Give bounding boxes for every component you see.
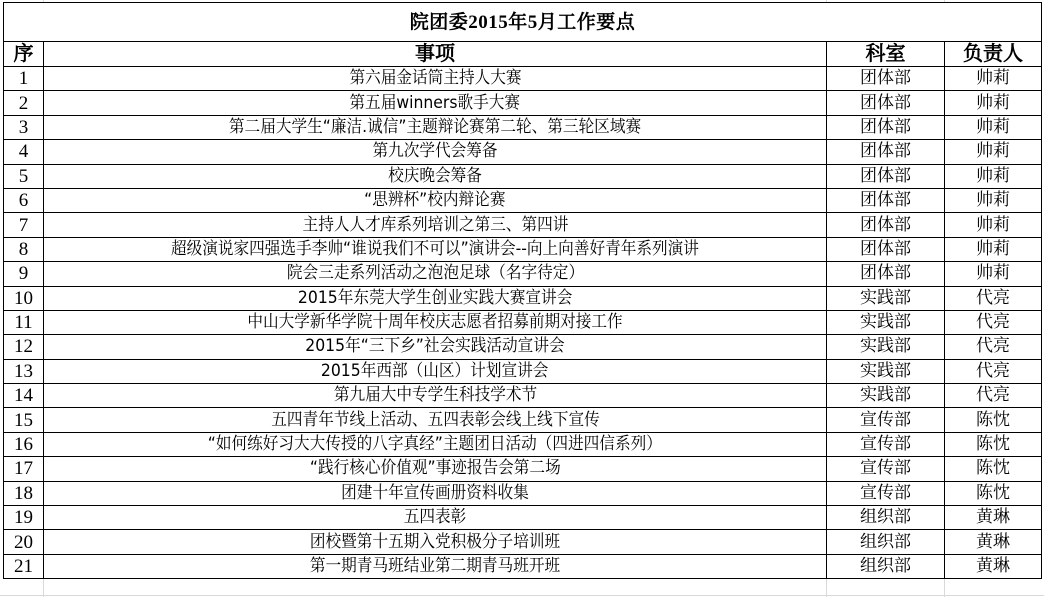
column-header-owner[interactable]: 负责人 <box>945 42 1042 67</box>
table-row: 18团建十年宣传画册资料收集宣传部陈忱 <box>4 481 1042 505</box>
cell-item[interactable]: 团校暨第十五期入党积极分子培训班 <box>44 530 827 554</box>
cell-item[interactable]: 中山大学新华学院十周年校庆志愿者招募前期对接工作 <box>44 310 827 334</box>
cell-item[interactable]: “思辨杯”校内辩论赛 <box>44 188 827 212</box>
cell-num[interactable]: 11 <box>4 310 44 334</box>
cell-num[interactable]: 16 <box>4 432 44 456</box>
cell-dept[interactable]: 团体部 <box>827 188 945 212</box>
table-row: 1第六届金话筒主持人大赛团体部帅莉 <box>4 67 1042 91</box>
cell-num[interactable]: 12 <box>4 335 44 359</box>
cell-dept[interactable]: 团体部 <box>827 164 945 188</box>
table-row: 11中山大学新华学院十周年校庆志愿者招募前期对接工作实践部代亮 <box>4 310 1042 334</box>
table-row: 14第九届大中专学生科技学术节实践部代亮 <box>4 384 1042 408</box>
table-row: 102015年东莞大学生创业实践大赛宣讲会实践部代亮 <box>4 286 1042 310</box>
cell-item[interactable]: 第一期青马班结业第二期青马班开班 <box>44 554 827 578</box>
cell-item-text: 校庆晚会筹备 <box>388 168 482 185</box>
sheet-title[interactable]: 院团委2015年5月工作要点 <box>4 3 1042 42</box>
table-row: 122015年“三下乡”社会实践活动宣讲会实践部代亮 <box>4 335 1042 359</box>
cell-num[interactable]: 18 <box>4 481 44 505</box>
cell-item-text: 2015年东莞大学生创业实践大赛宣讲会 <box>298 290 572 307</box>
cell-dept[interactable]: 组织部 <box>827 530 945 554</box>
cell-item-text: “思辨杯”校内辩论赛 <box>364 192 505 209</box>
cell-dept[interactable]: 团体部 <box>827 262 945 286</box>
table-row: 21第一期青马班结业第二期青马班开班组织部黄琳 <box>4 554 1042 578</box>
cell-item-text: 第五届winners歌手大赛 <box>350 95 521 112</box>
cell-item-text: “如何练好习大大传授的八字真经”主题团日活动（四进四信系列） <box>208 436 662 453</box>
table-row: 132015年西部（山区）计划宣讲会实践部代亮 <box>4 359 1042 383</box>
cell-owner[interactable]: 陈忱 <box>945 408 1042 432</box>
cell-owner[interactable]: 陈忱 <box>945 457 1042 481</box>
cell-num[interactable]: 4 <box>4 140 44 164</box>
cell-dept[interactable]: 实践部 <box>827 335 945 359</box>
cell-owner[interactable]: 帅莉 <box>945 164 1042 188</box>
cell-dept[interactable]: 实践部 <box>827 359 945 383</box>
cell-num[interactable]: 5 <box>4 164 44 188</box>
cell-num[interactable]: 19 <box>4 506 44 530</box>
cell-num[interactable]: 13 <box>4 359 44 383</box>
cell-item-text: 五四表彰 <box>404 509 467 526</box>
cell-owner[interactable]: 代亮 <box>945 335 1042 359</box>
cell-owner[interactable]: 帅莉 <box>945 115 1042 139</box>
cell-dept[interactable]: 宣传部 <box>827 457 945 481</box>
cell-owner[interactable]: 帅莉 <box>945 262 1042 286</box>
cell-owner[interactable]: 帅莉 <box>945 67 1042 91</box>
cell-item[interactable]: 第二届大学生“廉洁.诚信”主题辩论赛第二轮、第三轮区域赛 <box>44 115 827 139</box>
cell-owner[interactable]: 帅莉 <box>945 91 1042 115</box>
cell-item-text: 第九届大中专学生科技学术节 <box>333 387 536 404</box>
cell-owner[interactable]: 代亮 <box>945 359 1042 383</box>
cell-item[interactable]: “如何练好习大大传授的八字真经”主题团日活动（四进四信系列） <box>44 432 827 456</box>
header-row: 序 事项 科室 负责人 <box>4 42 1042 67</box>
cell-num[interactable]: 15 <box>4 408 44 432</box>
cell-dept[interactable]: 团体部 <box>827 67 945 91</box>
cell-dept[interactable]: 实践部 <box>827 384 945 408</box>
table-row: 7主持人人才库系列培训之第三、第四讲团体部帅莉 <box>4 213 1042 237</box>
cell-item-text: 院会三走系列活动之泡泡足球（名字待定） <box>286 265 583 282</box>
cell-dept[interactable]: 宣传部 <box>827 408 945 432</box>
column-header-num[interactable]: 序 <box>4 42 44 67</box>
cell-num[interactable]: 2 <box>4 91 44 115</box>
cell-owner[interactable]: 黄琳 <box>945 506 1042 530</box>
cell-owner[interactable]: 帅莉 <box>945 213 1042 237</box>
cell-item-text: 第六届金话筒主持人大赛 <box>349 70 521 87</box>
cell-num[interactable]: 21 <box>4 554 44 578</box>
cell-item-text: 团建十年宣传画册资料收集 <box>341 485 529 502</box>
cell-item-text: 五四青年节线上活动、五四表彰会线上线下宣传 <box>271 412 599 429</box>
cell-dept[interactable]: 团体部 <box>827 140 945 164</box>
cell-item-text: 超级演说家四强选手李帅“谁说我们不可以”演讲会--向上向善好青年系列演讲 <box>171 241 699 258</box>
cell-owner[interactable]: 代亮 <box>945 286 1042 310</box>
table-row: 15五四青年节线上活动、五四表彰会线上线下宣传宣传部陈忱 <box>4 408 1042 432</box>
cell-dept[interactable]: 团体部 <box>827 237 945 261</box>
cell-num[interactable]: 17 <box>4 457 44 481</box>
cell-dept[interactable]: 团体部 <box>827 91 945 115</box>
cell-item-text: 第一期青马班结业第二期青马班开班 <box>310 558 560 575</box>
cell-item[interactable]: 主持人人才库系列培训之第三、第四讲 <box>44 213 827 237</box>
cell-owner[interactable]: 帅莉 <box>945 140 1042 164</box>
cell-dept[interactable]: 组织部 <box>827 506 945 530</box>
cell-num[interactable]: 9 <box>4 262 44 286</box>
column-header-item[interactable]: 事项 <box>44 42 827 67</box>
cell-num[interactable]: 8 <box>4 237 44 261</box>
cell-dept[interactable]: 实践部 <box>827 286 945 310</box>
cell-item-text: 团校暨第十五期入党积极分子培训班 <box>310 534 560 551</box>
sheet-gridline <box>0 595 1044 596</box>
cell-item-text: 第二届大学生“廉洁.诚信”主题辩论赛第二轮、第三轮区域赛 <box>229 119 641 136</box>
cell-item[interactable]: 团建十年宣传画册资料收集 <box>44 481 827 505</box>
table-row: 4第九次学代会筹备团体部帅莉 <box>4 140 1042 164</box>
cell-owner[interactable]: 黄琳 <box>945 530 1042 554</box>
cell-num[interactable]: 14 <box>4 384 44 408</box>
cell-item[interactable]: 2015年东莞大学生创业实践大赛宣讲会 <box>44 286 827 310</box>
cell-item[interactable]: 第六届金话筒主持人大赛 <box>44 67 827 91</box>
cell-item[interactable]: 第九次学代会筹备 <box>44 140 827 164</box>
cell-item-text: 2015年西部（山区）计划宣讲会 <box>321 363 548 380</box>
table-row: 8超级演说家四强选手李帅“谁说我们不可以”演讲会--向上向善好青年系列演讲团体部… <box>4 237 1042 261</box>
cell-owner[interactable]: 陈忱 <box>945 432 1042 456</box>
cell-num[interactable]: 20 <box>4 530 44 554</box>
cell-item[interactable]: 校庆晚会筹备 <box>44 164 827 188</box>
cell-owner[interactable]: 代亮 <box>945 384 1042 408</box>
cell-num[interactable]: 3 <box>4 115 44 139</box>
cell-item[interactable]: 五四青年节线上活动、五四表彰会线上线下宣传 <box>44 408 827 432</box>
cell-owner[interactable]: 代亮 <box>945 310 1042 334</box>
cell-owner[interactable]: 黄琳 <box>945 554 1042 578</box>
cell-dept[interactable]: 实践部 <box>827 310 945 334</box>
cell-num[interactable]: 7 <box>4 213 44 237</box>
cell-item-text: 第九次学代会筹备 <box>372 143 497 160</box>
cell-dept[interactable]: 宣传部 <box>827 481 945 505</box>
cell-num[interactable]: 10 <box>4 286 44 310</box>
cell-item-text: 主持人人才库系列培训之第三、第四讲 <box>302 217 568 234</box>
cell-item[interactable]: 第五届winners歌手大赛 <box>44 91 827 115</box>
table-row: 3第二届大学生“廉洁.诚信”主题辩论赛第二轮、第三轮区域赛团体部帅莉 <box>4 115 1042 139</box>
cell-item[interactable]: 2015年西部（山区）计划宣讲会 <box>44 359 827 383</box>
work-plan-table: 院团委2015年5月工作要点 序 事项 科室 负责人 1第六届金话筒主持人大赛团… <box>3 2 1042 579</box>
table-row: 2第五届winners歌手大赛团体部帅莉 <box>4 91 1042 115</box>
cell-item[interactable]: “践行核心价值观”事迹报告会第二场 <box>44 457 827 481</box>
cell-item-text: 2015年“三下乡”社会实践活动宣讲会 <box>305 338 564 355</box>
table-row: 16“如何练好习大大传授的八字真经”主题团日活动（四进四信系列）宣传部陈忱 <box>4 432 1042 456</box>
cell-dept[interactable]: 团体部 <box>827 213 945 237</box>
cell-num[interactable]: 6 <box>4 188 44 212</box>
table-row: 9院会三走系列活动之泡泡足球（名字待定）团体部帅莉 <box>4 262 1042 286</box>
table-row: 6“思辨杯”校内辩论赛团体部帅莉 <box>4 188 1042 212</box>
table-row: 5校庆晚会筹备团体部帅莉 <box>4 164 1042 188</box>
cell-item[interactable]: 院会三走系列活动之泡泡足球（名字待定） <box>44 262 827 286</box>
cell-item-text: 中山大学新华学院十周年校庆志愿者招募前期对接工作 <box>247 314 622 331</box>
table-body: 1第六届金话筒主持人大赛团体部帅莉2第五届winners歌手大赛团体部帅莉3第二… <box>4 67 1042 579</box>
cell-owner[interactable]: 帅莉 <box>945 188 1042 212</box>
title-row: 院团委2015年5月工作要点 <box>4 3 1042 42</box>
cell-item[interactable]: 2015年“三下乡”社会实践活动宣讲会 <box>44 335 827 359</box>
cell-item[interactable]: 超级演说家四强选手李帅“谁说我们不可以”演讲会--向上向善好青年系列演讲 <box>44 237 827 261</box>
cell-item[interactable]: 第九届大中专学生科技学术节 <box>44 384 827 408</box>
cell-dept[interactable]: 宣传部 <box>827 432 945 456</box>
cell-num[interactable]: 1 <box>4 67 44 91</box>
cell-owner[interactable]: 陈忱 <box>945 481 1042 505</box>
cell-item-text: “践行核心价值观”事迹报告会第二场 <box>310 460 561 477</box>
cell-item[interactable]: 五四表彰 <box>44 506 827 530</box>
table-row: 19五四表彰组织部黄琳 <box>4 506 1042 530</box>
cell-dept[interactable]: 团体部 <box>827 115 945 139</box>
table-row: 20团校暨第十五期入党积极分子培训班组织部黄琳 <box>4 530 1042 554</box>
column-header-dept[interactable]: 科室 <box>827 42 945 67</box>
table-row: 17“践行核心价值观”事迹报告会第二场宣传部陈忱 <box>4 457 1042 481</box>
cell-owner[interactable]: 帅莉 <box>945 237 1042 261</box>
cell-dept[interactable]: 组织部 <box>827 554 945 578</box>
